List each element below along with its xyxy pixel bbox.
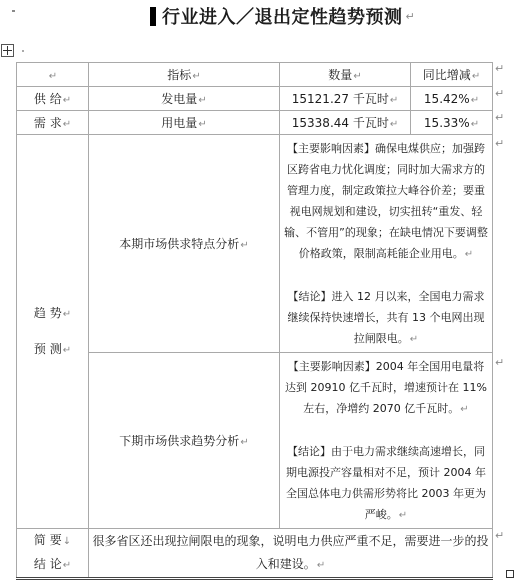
paragraph-mark-icon: ↵ — [63, 309, 71, 320]
trend-label-line: 预 测↵ — [20, 332, 85, 368]
paragraph-mark-icon: ↵ — [63, 345, 71, 356]
paragraph-mark-icon: ↵ — [465, 249, 473, 260]
paragraph-mark-icon: ↵ — [63, 119, 71, 130]
paragraph-mark-icon: ↵ — [192, 71, 200, 82]
current-analysis-title-cell: 本期市场供求特点分析↵ — [89, 135, 280, 353]
table-row-trend-current: 趋 势↵ 预 测↵ 本期市场供求特点分析↵ 【主要影响因素】确保电煤供应；加强跨… — [17, 135, 493, 353]
demand-yoy-cell: 15.33%↵ — [411, 111, 493, 135]
paragraph-mark-icon: ↵ — [49, 71, 57, 82]
title-text: 行业进入／退出定性趋势预测 — [162, 3, 403, 29]
analysis-paragraph: 【主要影响因素】确保电煤供应；加强跨区跨省电力忧化调度；同时加大需求方的管理力度… — [283, 138, 489, 265]
paragraph-mark-icon: ↵ — [353, 71, 361, 82]
paragraph-mark-icon: ↵ — [240, 437, 248, 448]
cell-value: 15338.44 千瓦时 — [292, 116, 389, 130]
supply-label-cell: 供 给↵ — [17, 87, 89, 111]
paragraph-mark-icon: ↵ — [406, 10, 415, 23]
end-of-row-mark-icon: ↵ — [495, 111, 504, 124]
cell-value: 发电量 — [161, 92, 197, 106]
summary-label-cell: 简 要↓ 结 论↵ — [17, 529, 89, 579]
cell-value: 15.42% — [424, 92, 470, 106]
formatting-dot — [22, 50, 24, 52]
line-break-mark-icon: ↓ — [63, 536, 71, 547]
paragraph-mark-icon: ↵ — [390, 119, 398, 130]
demand-indicator-cell: 用电量↵ — [89, 111, 280, 135]
summary-text: 很多省区还出现拉闸限电的现象，说明电力供应严重不足，需要进一步的投入和建设。 — [92, 534, 488, 571]
summary-text-cell: 很多省区还出现拉闸限电的现象，说明电力供应严重不足，需要进一步的投入和建设。↵ — [89, 529, 493, 579]
formatting-dot — [12, 10, 15, 12]
paragraph-mark-icon: ↵ — [198, 119, 206, 130]
end-of-row-mark-icon: ↵ — [495, 62, 504, 75]
cell-value: 15121.27 千瓦时 — [292, 92, 389, 106]
paragraph-mark-icon: ↵ — [390, 95, 398, 106]
paragraph-mark-icon: ↵ — [410, 334, 418, 345]
trend-label-line: 趋 势↵ — [20, 296, 85, 332]
analysis-title: 本期市场供求特点分析 — [119, 237, 239, 251]
paragraph-mark-icon: ↵ — [472, 71, 480, 82]
paragraph-mark-icon: ↵ — [317, 560, 325, 571]
header-yoy-cell: 同比增减↵ — [411, 63, 493, 87]
analysis-paragraph: 【主要影响因素】2004 年全国用电量将达到 20910 亿千瓦时，增速预计在 … — [283, 356, 489, 420]
summary-label-line: 简 要↓ — [20, 529, 85, 553]
paragraph-mark-icon: ↵ — [471, 119, 479, 130]
cell-value: 用电量 — [161, 116, 197, 130]
summary-label-line: 结 论↵ — [20, 553, 85, 577]
header-label: 同比增减 — [423, 68, 471, 82]
table-row-summary: 简 要↓ 结 论↵ 很多省区还出现拉闸限电的现象，说明电力供应严重不足，需要进一… — [17, 529, 493, 579]
header-quantity-cell: 数量↵ — [280, 63, 411, 87]
demand-quantity-cell: 15338.44 千瓦时↵ — [280, 111, 411, 135]
end-of-row-mark-icon: ↵ — [495, 356, 504, 369]
demand-label-cell: 需 求↵ — [17, 111, 89, 135]
trend-forecast-table: ↵ 指标↵ 数量↵ 同比增减↵ 供 给↵ 发电量↵ 15121.27 千瓦时↵ … — [16, 62, 493, 580]
end-of-row-mark-icon: ↵ — [495, 87, 504, 100]
move-handle-cross — [7, 46, 8, 55]
analysis-title: 下期市场供求趋势分析 — [119, 434, 239, 448]
table-resize-handle[interactable] — [506, 570, 514, 578]
paragraph-mark-icon: ↵ — [63, 560, 71, 571]
analysis-paragraph: 【结论】进入 12 月以来，全国电力需求继续保持快速增长，共有 13 个电网出现… — [283, 286, 489, 350]
document-title: 行业进入／退出定性趋势预测 ↵ — [150, 3, 415, 29]
next-analysis-text-cell: 【主要影响因素】2004 年全国用电量将达到 20910 亿千瓦时，增速预计在 … — [280, 353, 493, 529]
row-label: 供 给 — [34, 92, 62, 106]
paragraph-mark-icon: ↵ — [240, 240, 248, 251]
paragraph-mark-icon: ↵ — [471, 95, 479, 106]
supply-indicator-cell: 发电量↵ — [89, 87, 280, 111]
table-header-row: ↵ 指标↵ 数量↵ 同比增减↵ — [17, 63, 493, 87]
table-row-trend-next: 下期市场供求趋势分析↵ 【主要影响因素】2004 年全国用电量将达到 20910… — [17, 353, 493, 529]
table-row-demand: 需 求↵ 用电量↵ 15338.44 千瓦时↵ 15.33%↵ — [17, 111, 493, 135]
header-empty-cell: ↵ — [17, 63, 89, 87]
paragraph-mark-icon: ↵ — [399, 510, 407, 521]
title-accent-bar — [150, 7, 156, 26]
paragraph-mark-icon: ↵ — [63, 95, 71, 106]
end-of-row-mark-icon: ↵ — [495, 137, 504, 150]
header-label: 数量 — [328, 68, 352, 82]
current-analysis-text-cell: 【主要影响因素】确保电煤供应；加强跨区跨省电力忧化调度；同时加大需求方的管理力度… — [280, 135, 493, 353]
paragraph-mark-icon: ↵ — [460, 404, 468, 415]
table-move-handle-icon[interactable] — [1, 44, 14, 57]
supply-quantity-cell: 15121.27 千瓦时↵ — [280, 87, 411, 111]
header-label: 指标 — [167, 68, 191, 82]
table-row-supply: 供 给↵ 发电量↵ 15121.27 千瓦时↵ 15.42%↵ — [17, 87, 493, 111]
next-analysis-title-cell: 下期市场供求趋势分析↵ — [89, 353, 280, 529]
trend-label-cell: 趋 势↵ 预 测↵ — [17, 135, 89, 529]
end-of-row-mark-icon: ↵ — [495, 529, 504, 542]
header-indicator-cell: 指标↵ — [89, 63, 280, 87]
analysis-paragraph: 【结论】由于电力需求继续高速增长，同期电源投产容量相对不足，预计 2004 年全… — [283, 441, 489, 526]
word-document-page: { "title": { "text": "行业进入／退出定性趋势预测" }, … — [0, 0, 518, 580]
row-label: 需 求 — [34, 116, 62, 130]
cell-value: 15.33% — [424, 116, 470, 130]
paragraph-mark-icon: ↵ — [198, 95, 206, 106]
supply-yoy-cell: 15.42%↵ — [411, 87, 493, 111]
